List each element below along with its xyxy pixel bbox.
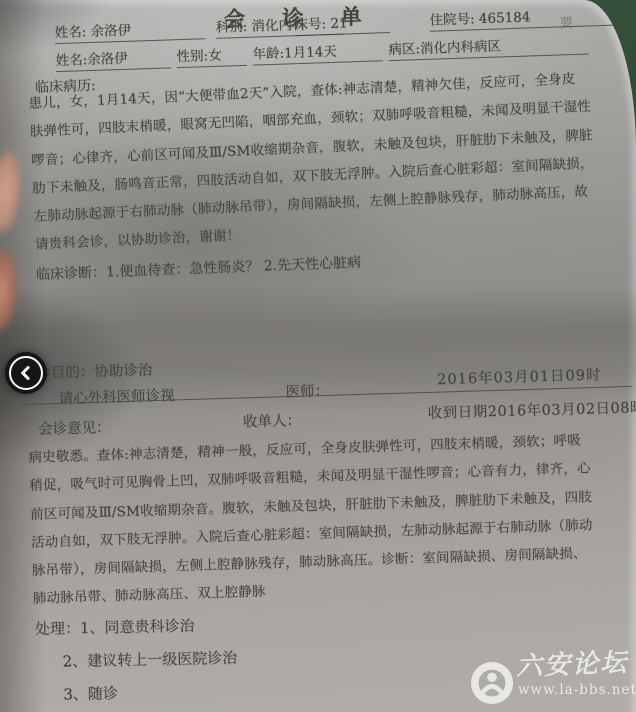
opinion-paragraph: 病史敬悉。查体:神志清楚，精神一般，反应可，全身皮肤弹性可，四肢末梢暖，颈软；呼…: [28, 425, 636, 614]
site-watermark: 六安论坛 www.la-bbs.net: [468, 648, 636, 712]
doctor-label: 医师：: [285, 379, 329, 401]
photo-viewer-screen: 会 诊 单 姓名: 余洛伊 科别: 消化内科 床号: 21 住院号: 46518…: [0, 0, 636, 712]
purpose-line2: 请心外科医师诊视: [58, 384, 175, 408]
field-name-2: 姓名:余洛伊: [55, 45, 171, 72]
consultation-form: 会 诊 单 姓名: 余洛伊 科别: 消化内科 床号: 21 住院号: 46518…: [0, 0, 636, 712]
receiver-label: 收单人：: [243, 409, 302, 432]
back-button[interactable]: [5, 352, 47, 394]
field-admission-number: 住院号: 465184: [429, 3, 615, 32]
watermark-logo-icon: [470, 660, 514, 706]
corner-mark: 要: [559, 12, 573, 31]
received-datetime: 收到日期2016年03月02日08时: [428, 396, 636, 423]
opinion-label: 会诊意见：: [38, 416, 111, 439]
field-bed-number: 床号: 21: [294, 10, 390, 36]
watermark-site-url: www.la-bbs.net: [518, 682, 636, 698]
watermark-site-name: 六安论坛: [515, 642, 628, 683]
request-datetime: 2016年03月01日09时: [437, 363, 602, 389]
back-chevron-icon: [16, 363, 36, 383]
treatment-line-2: 2、建议转上一级医院诊治: [62, 647, 237, 672]
treatment-line-1: 处理：1、同意贵科诊治: [35, 615, 195, 639]
field-name-1: 姓名: 余洛伊: [54, 16, 205, 44]
field-ward: 病区:消化内科病区: [388, 31, 589, 61]
field-sex: 性别:女: [176, 43, 247, 68]
clinical-record-paragraph: 患儿，女，1月14天，因“大便带血2天”入院，查体:神志清楚，精神欠佳，反应可，…: [28, 62, 636, 260]
treatment-line-3: 3、随诊: [63, 682, 118, 704]
field-age: 年龄:1月14天: [252, 38, 383, 65]
